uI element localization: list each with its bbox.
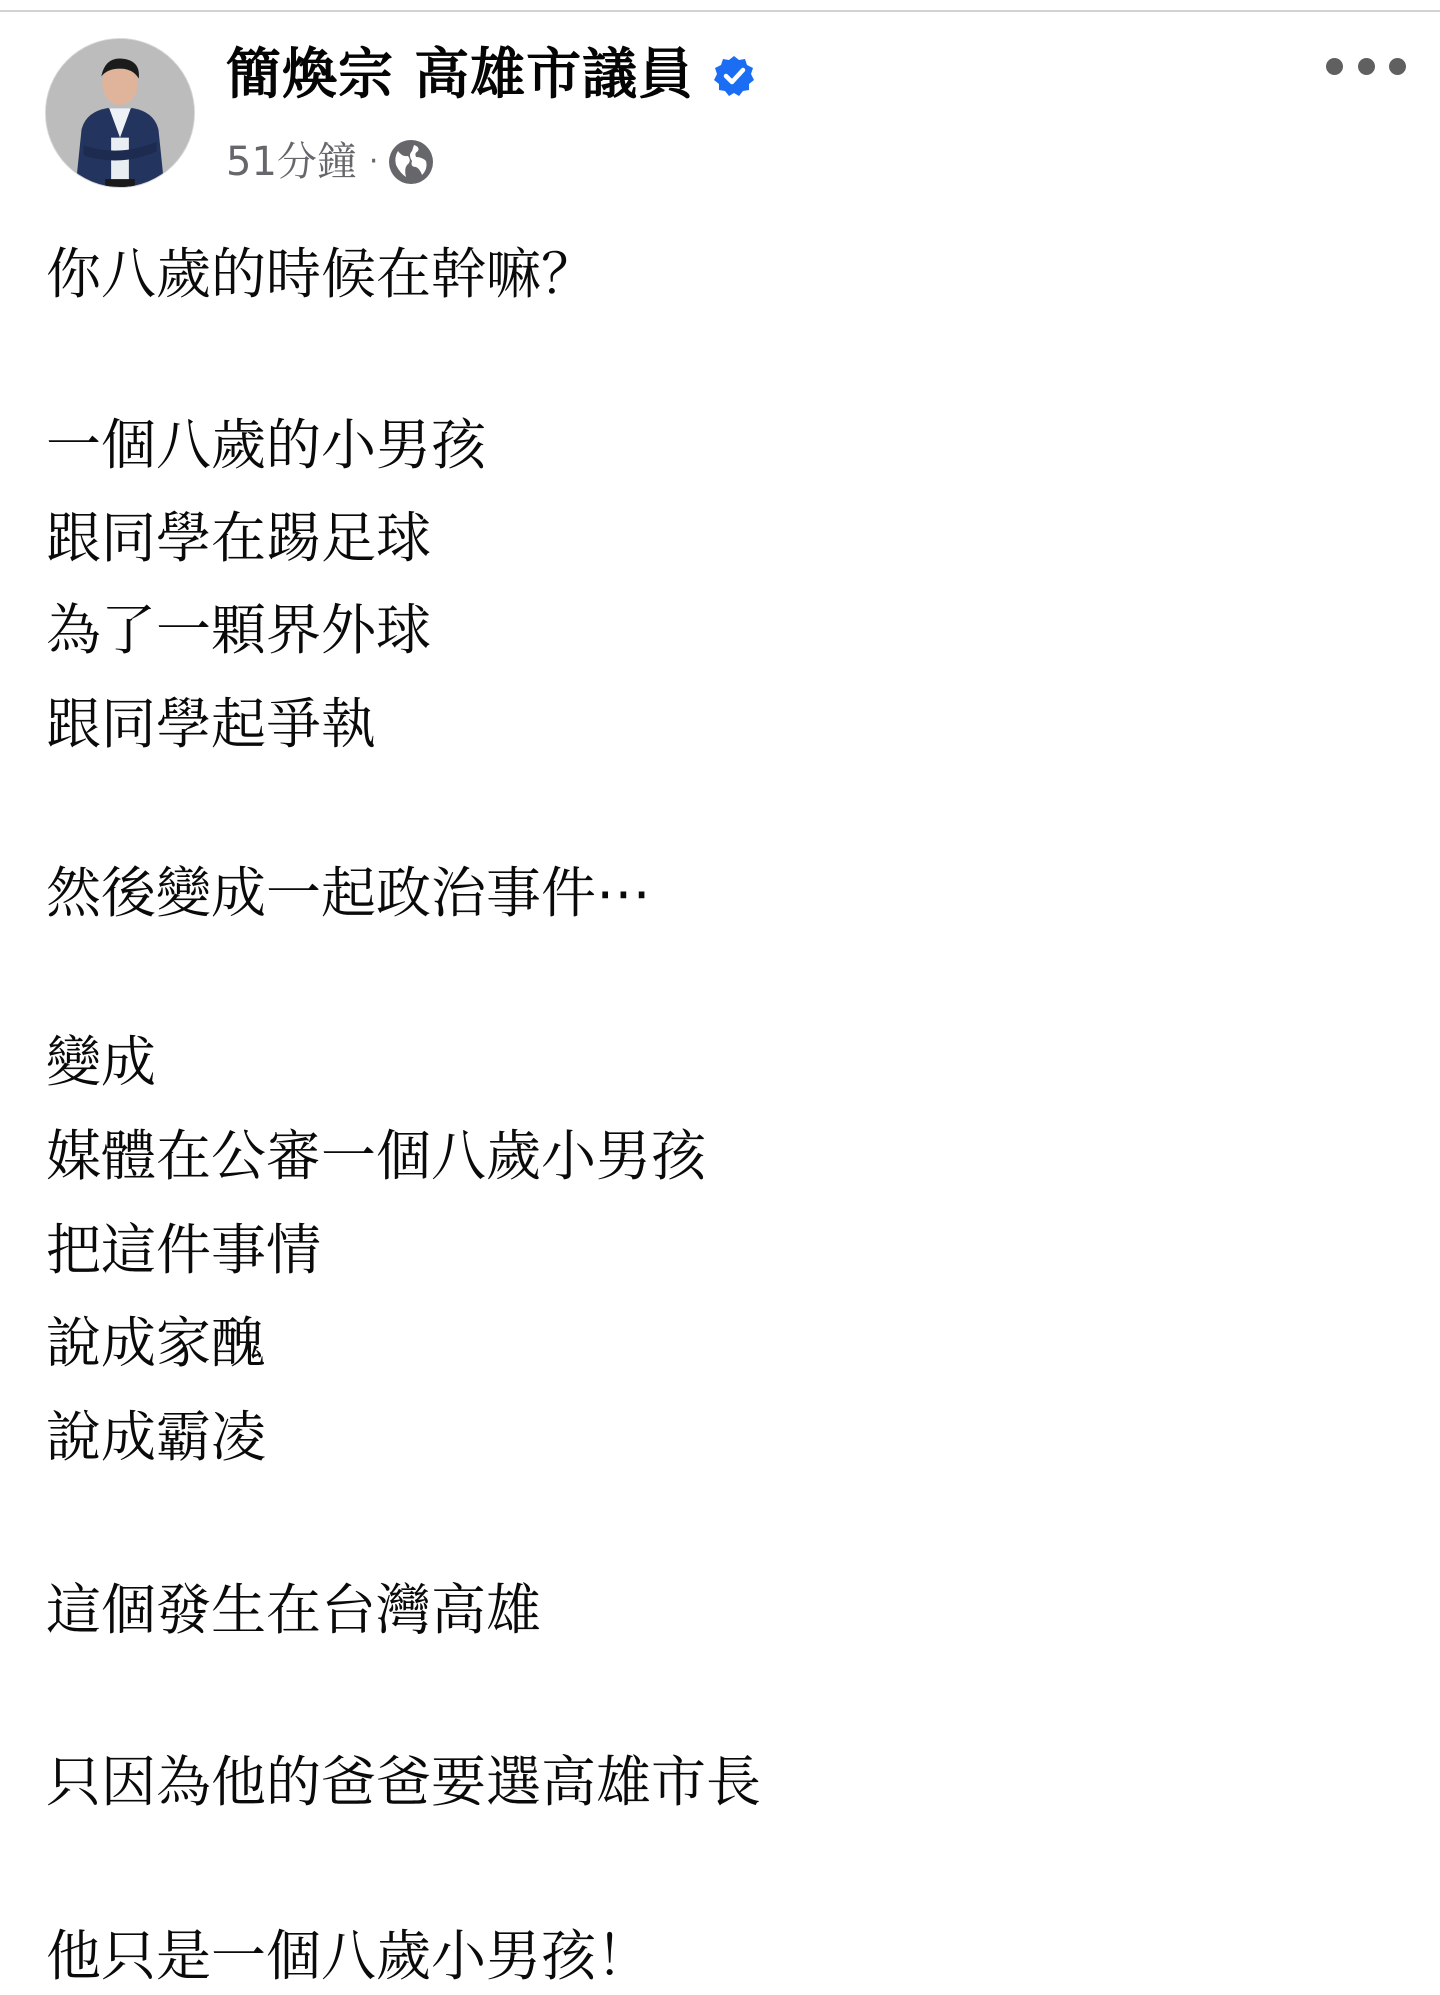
post-text-line: 變成: [46, 1016, 156, 1108]
post-timestamp[interactable]: 51分鐘: [226, 140, 357, 184]
avatar-photo-icon: [46, 39, 194, 187]
post-text-line: 一個八歲的小男孩: [46, 399, 486, 491]
top-divider: [0, 10, 1440, 12]
globe-icon[interactable]: [388, 139, 434, 185]
post-text-line: 為了一顆界外球: [46, 584, 431, 676]
post-text-line: 這個發生在台灣高雄: [46, 1564, 541, 1656]
post-text-line: 媒體在公審一個八歲小男孩: [46, 1110, 706, 1202]
more-dot-icon: [1389, 58, 1406, 75]
post-text-line: 跟同學起爭執: [46, 678, 376, 770]
post-text-line: 說成家醜: [46, 1297, 266, 1389]
post-text-line: 說成霸凌: [46, 1391, 266, 1483]
post-text-line: 你八歲的時候在幹嘛？: [46, 228, 596, 320]
post-text-line: 把這件事情: [46, 1204, 321, 1296]
meta-separator: ·: [369, 140, 379, 184]
verified-badge-icon: [712, 54, 756, 98]
more-dot-icon: [1326, 58, 1343, 75]
post-text-line: 然後變成一起政治事件⋯: [46, 847, 651, 939]
post-meta: 51分鐘 ·: [226, 140, 434, 184]
more-dot-icon: [1358, 58, 1375, 75]
more-options-button[interactable]: [1326, 56, 1406, 78]
post-text-line: 他只是一個八歲小男孩！: [46, 1910, 651, 1995]
post-text-line: 只因為他的爸爸要選高雄市長: [46, 1736, 761, 1828]
author-avatar[interactable]: [45, 38, 195, 188]
author-name[interactable]: 簡煥宗 高雄市議員: [226, 38, 694, 110]
post-text-line: 跟同學在踢足球: [46, 492, 431, 584]
